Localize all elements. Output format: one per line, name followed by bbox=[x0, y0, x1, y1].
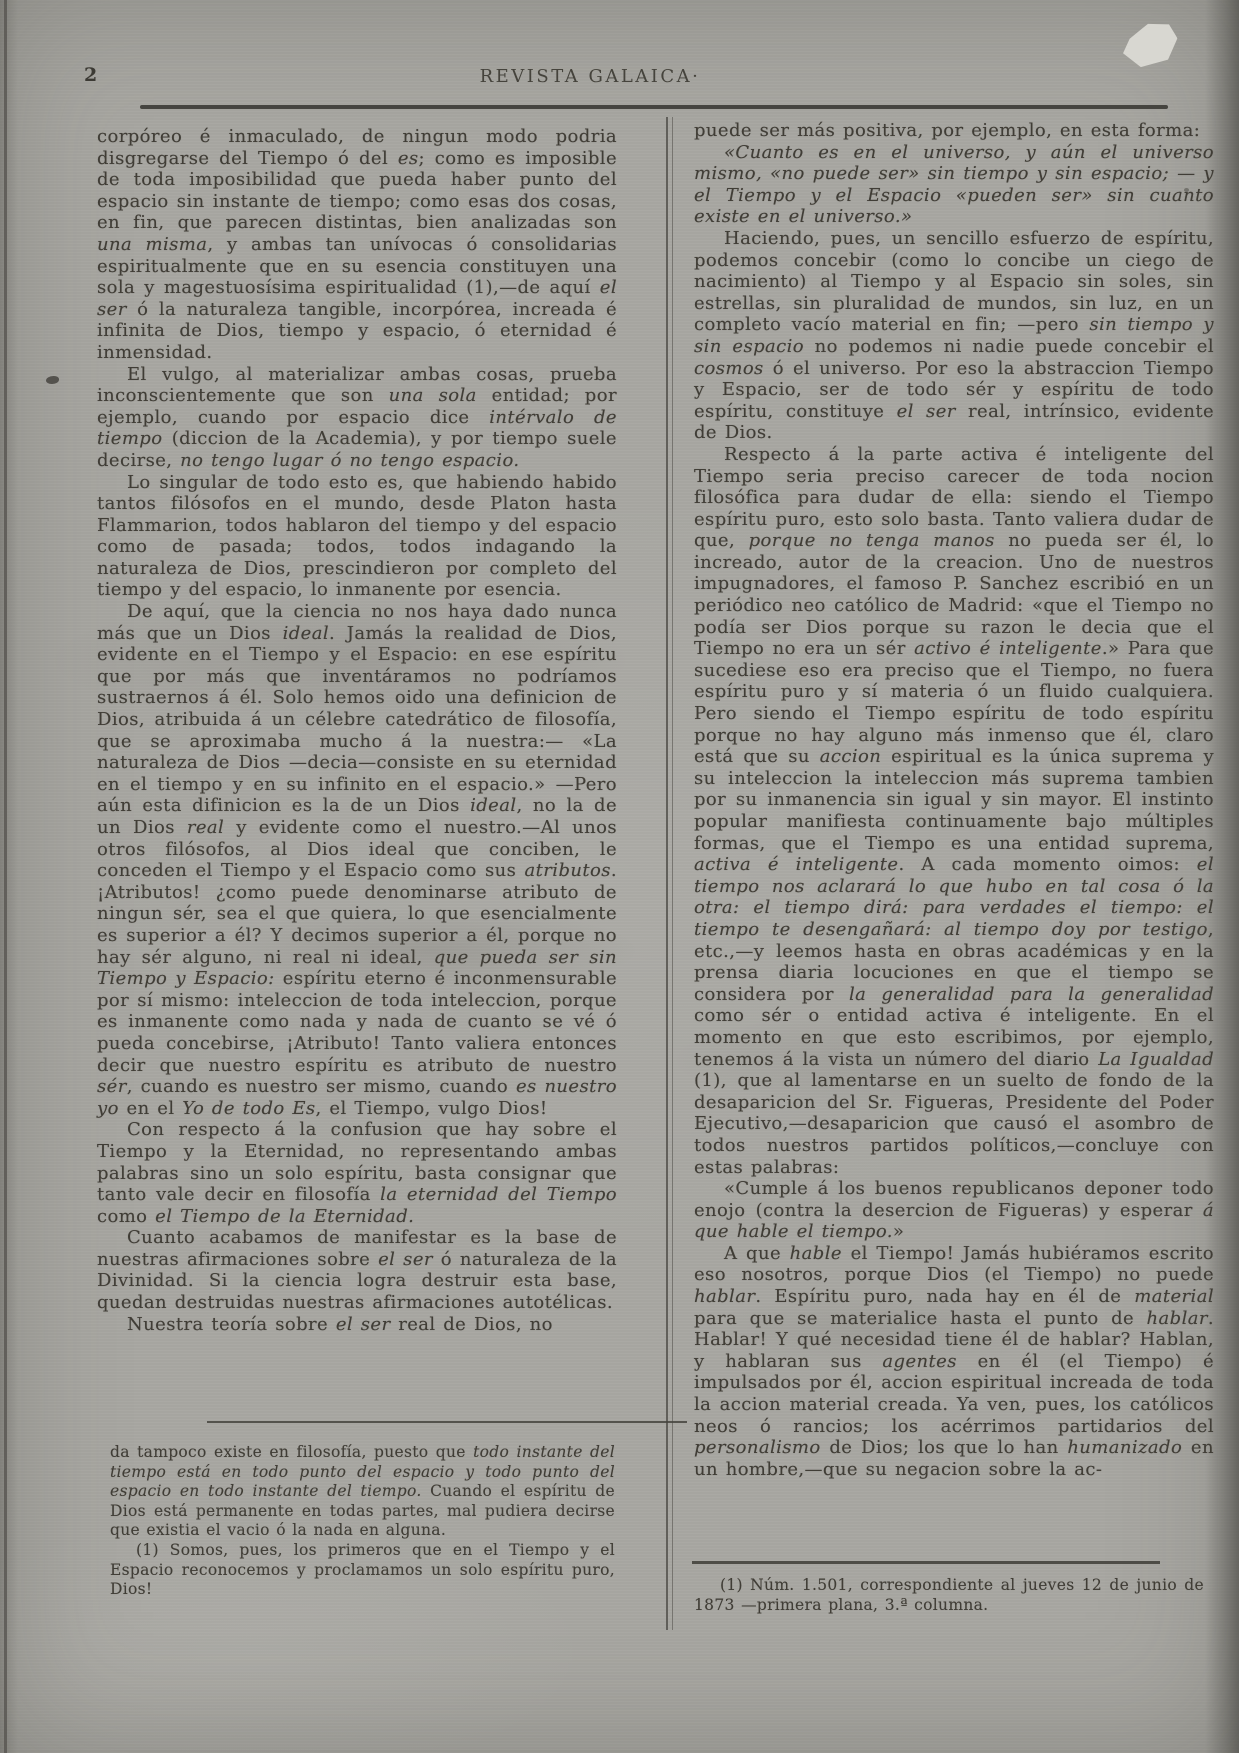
page-number: 2 bbox=[84, 64, 97, 86]
paragraph: Con respecto á la confusion que hay sobr… bbox=[97, 1119, 617, 1227]
left-column-footnotes: da tampoco existe en filosofía, puesto q… bbox=[110, 1443, 615, 1600]
column-divider-rule bbox=[666, 117, 673, 1630]
right-column: puede ser más positiva, por ejemplo, en … bbox=[694, 120, 1214, 1480]
header-rule bbox=[140, 105, 1168, 109]
paragraph: Cuanto acabamos de manifestar es la base… bbox=[97, 1227, 617, 1313]
right-footnote-rule bbox=[692, 1561, 1160, 1564]
paragraph: puede ser más positiva, por ejemplo, en … bbox=[694, 120, 1214, 142]
paragraph: «Cuanto es en el universo, y aún el univ… bbox=[694, 142, 1214, 228]
margin-speck bbox=[1184, 188, 1189, 192]
paragraph: De aquí, que la ciencia no nos haya dado… bbox=[97, 601, 617, 1119]
right-column-footnotes: (1) Núm. 1.501, correspondiente al jueve… bbox=[694, 1576, 1204, 1615]
paragraph: Lo singular de todo esto es, que habiend… bbox=[97, 472, 617, 602]
paragraph: corpóreo é inmaculado, de ningun modo po… bbox=[97, 126, 617, 364]
scanned-page: 2 REVISTA GALAICA· corpóreo é inmaculado… bbox=[0, 0, 1239, 1753]
left-column: corpóreo é inmaculado, de ningun modo po… bbox=[97, 126, 617, 1335]
paper-fragment-artifact bbox=[1118, 19, 1180, 71]
masthead-title: REVISTA GALAICA· bbox=[440, 66, 740, 87]
binding-edge-line bbox=[4, 0, 7, 1753]
paragraph: El vulgo, al materializar ambas cosas, p… bbox=[97, 364, 617, 472]
ink-spot bbox=[46, 376, 59, 384]
paragraph: Respecto á la parte activa é inteligente… bbox=[694, 444, 1214, 1178]
paragraph: Nuestra teoría sobre el ser real de Dios… bbox=[97, 1314, 617, 1336]
paragraph: (1) Núm. 1.501, correspondiente al jueve… bbox=[694, 1576, 1204, 1615]
paragraph: da tampoco existe en filosofía, puesto q… bbox=[110, 1443, 615, 1541]
paragraph: Haciendo, pues, un sencillo esfuerzo de … bbox=[694, 228, 1214, 444]
left-footnote-rule bbox=[207, 1421, 687, 1423]
paragraph: A que hable el Tiempo! Jamás hubiéramos … bbox=[694, 1243, 1214, 1481]
paragraph: «Cumple á los buenos republicanos depone… bbox=[694, 1178, 1214, 1243]
paragraph: (1) Somos, pues, los primeros que en el … bbox=[110, 1541, 615, 1600]
